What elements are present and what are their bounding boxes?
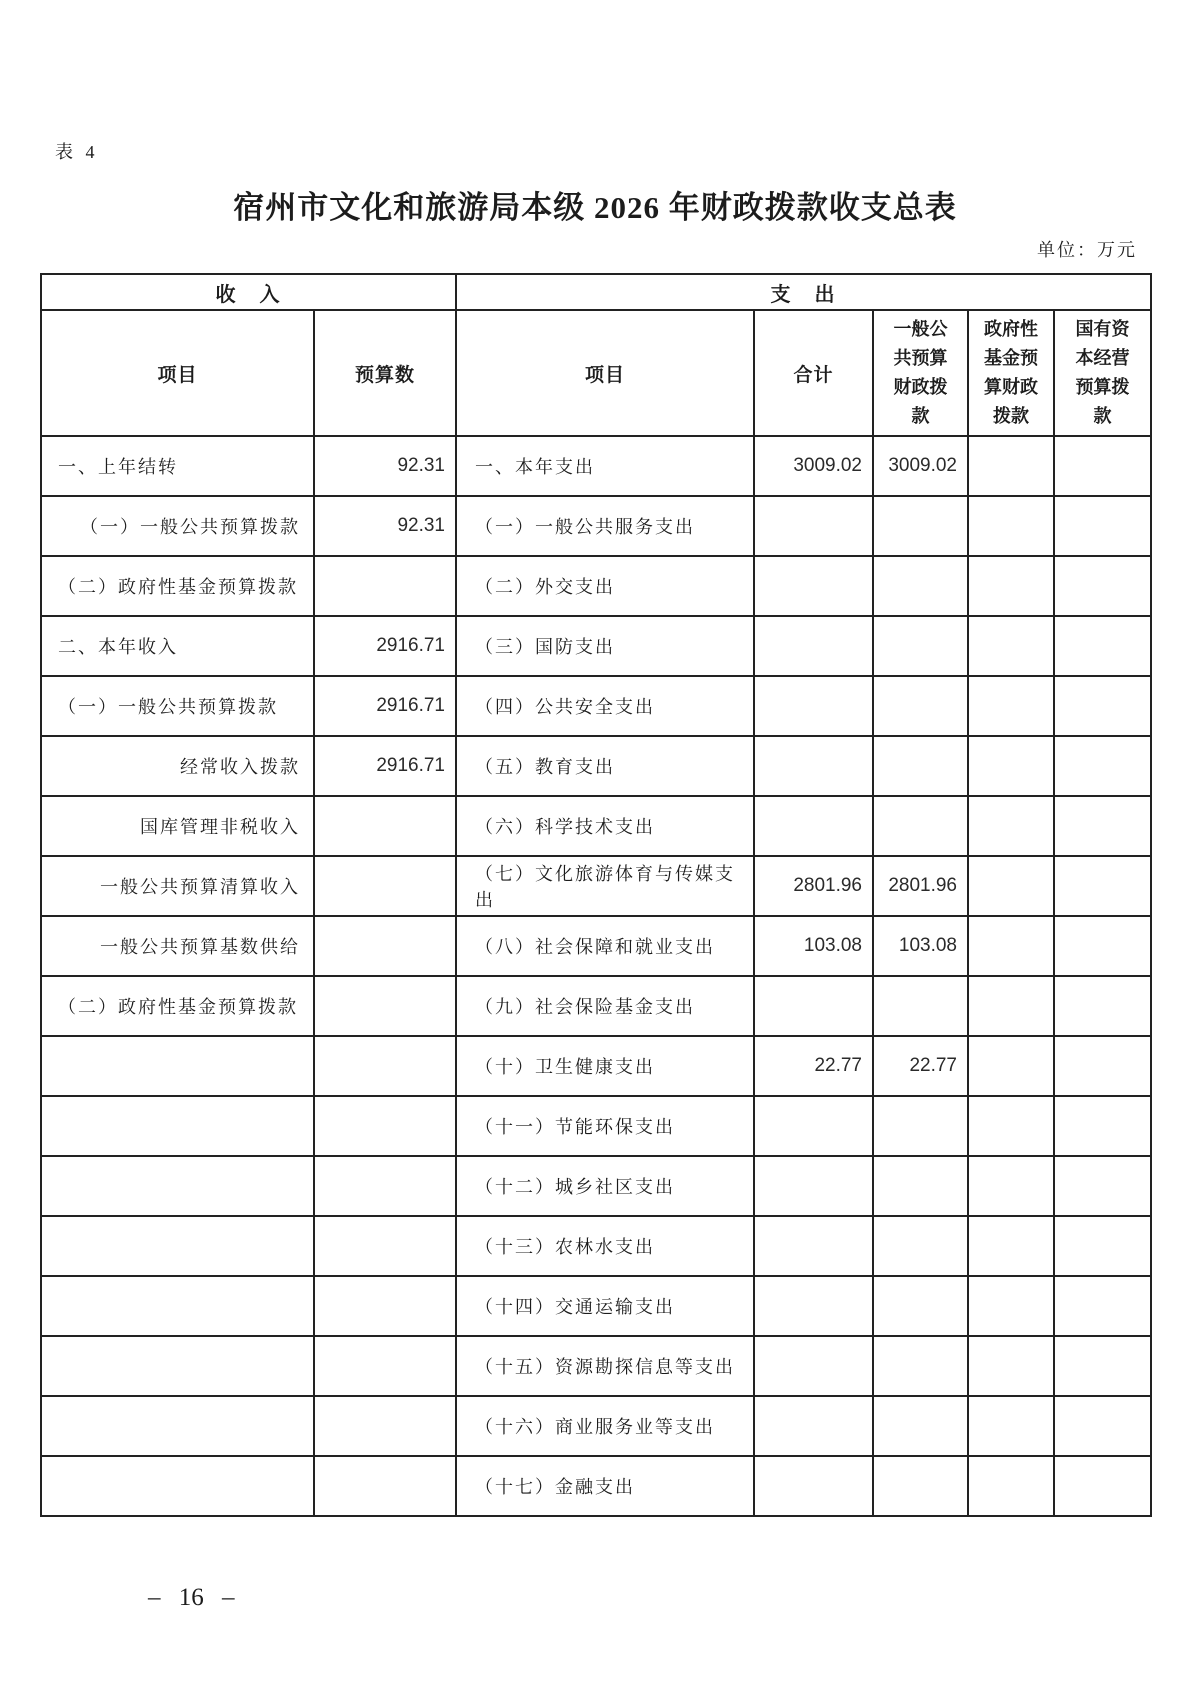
expense-govfund-cell: [968, 736, 1054, 796]
expense-govfund-cell: [968, 436, 1054, 496]
income-item-cell: （二）政府性基金预算拨款: [41, 556, 314, 616]
table-row: （十）卫生健康支出 22.77 22.77: [41, 1036, 1151, 1096]
expense-govfund-header: 政府性 基金预 算财政 拨款: [968, 310, 1054, 436]
budget-table: 收 入 支 出 项目 预算数 项目 合计 一般公 共预算 财政拨 款 政府性 基…: [40, 273, 1152, 1517]
expense-state-capital-cell: [1054, 1036, 1151, 1096]
income-budget-cell: 2916.71: [314, 736, 456, 796]
expense-item-cell: （一）一般公共服务支出: [456, 496, 754, 556]
expense-general-budget-cell: [873, 616, 968, 676]
expense-general-budget-cell: [873, 1216, 968, 1276]
expense-item-cell: （六）科学技术支出: [456, 796, 754, 856]
table-head: 收 入 支 出 项目 预算数 项目 合计 一般公 共预算 财政拨 款 政府性 基…: [41, 274, 1151, 436]
expense-item-cell: （八）社会保障和就业支出: [456, 916, 754, 976]
expense-item-cell: （二）外交支出: [456, 556, 754, 616]
expense-total-cell: 2801.96: [754, 856, 873, 916]
income-budget-cell: [314, 1396, 456, 1456]
income-item-cell: [41, 1216, 314, 1276]
expense-general-budget-cell: [873, 556, 968, 616]
expense-state-capital-cell: [1054, 796, 1151, 856]
expense-total-cell: [754, 1096, 873, 1156]
expense-state-capital-cell: [1054, 1276, 1151, 1336]
table-row: （十四）交通运输支出: [41, 1276, 1151, 1336]
income-item-cell: 二、本年收入: [41, 616, 314, 676]
document-page: 表 4 宿州市文化和旅游局本级 2026 年财政拨款收支总表 单位：万元 收 入…: [0, 0, 1190, 1683]
income-item-cell: [41, 1456, 314, 1516]
income-budget-cell: [314, 1216, 456, 1276]
expense-govfund-cell: [968, 1276, 1054, 1336]
income-item-cell: 一般公共预算清算收入: [41, 856, 314, 916]
income-budget-cell: [314, 1156, 456, 1216]
expense-state-capital-cell: [1054, 856, 1151, 916]
income-item-cell: 经常收入拨款: [41, 736, 314, 796]
income-budget-cell: [314, 556, 456, 616]
table-row: （一）一般公共预算拨款 2916.71 （四）公共安全支出: [41, 676, 1151, 736]
expense-total-cell: 3009.02: [754, 436, 873, 496]
table-row: （十六）商业服务业等支出: [41, 1396, 1151, 1456]
income-budget-cell: [314, 1096, 456, 1156]
income-item-cell: 国库管理非税收入: [41, 796, 314, 856]
expense-total-cell: [754, 1216, 873, 1276]
income-budget-cell: [314, 1456, 456, 1516]
expense-item-cell: （十六）商业服务业等支出: [456, 1396, 754, 1456]
table-row: 一、上年结转 92.31 一、本年支出 3009.02 3009.02: [41, 436, 1151, 496]
expense-total-cell: [754, 1456, 873, 1516]
expense-general-budget-cell: 103.08: [873, 916, 968, 976]
expense-total-cell: [754, 976, 873, 1036]
income-budget-cell: [314, 1276, 456, 1336]
expense-govfund-cell: [968, 496, 1054, 556]
expense-state-capital-cell: [1054, 436, 1151, 496]
expense-general-budget-cell: 2801.96: [873, 856, 968, 916]
table-row: （一）一般公共预算拨款 92.31 （一）一般公共服务支出: [41, 496, 1151, 556]
income-budget-cell: [314, 1336, 456, 1396]
expense-section-header: 支 出: [456, 274, 1151, 310]
expense-state-capital-cell: [1054, 1456, 1151, 1516]
expense-general-budget-cell: [873, 1396, 968, 1456]
income-item-cell: （一）一般公共预算拨款: [41, 676, 314, 736]
table-row: 一般公共预算清算收入 （七）文化旅游体育与传媒支出 2801.96 2801.9…: [41, 856, 1151, 916]
expense-total-cell: [754, 556, 873, 616]
expense-state-capital-cell: [1054, 1396, 1151, 1456]
expense-state-capital-cell: [1054, 976, 1151, 1036]
expense-item-cell: （十二）城乡社区支出: [456, 1156, 754, 1216]
income-budget-cell: [314, 1036, 456, 1096]
expense-item-cell: （四）公共安全支出: [456, 676, 754, 736]
expense-general-budget-cell: [873, 736, 968, 796]
table-row: （二）政府性基金预算拨款 （二）外交支出: [41, 556, 1151, 616]
expense-state-capital-cell: [1054, 1096, 1151, 1156]
income-item-cell: [41, 1096, 314, 1156]
expense-total-cell: [754, 676, 873, 736]
section-header-row: 收 入 支 出: [41, 274, 1151, 310]
expense-general-budget-header: 一般公 共预算 财政拨 款: [873, 310, 968, 436]
expense-general-budget-cell: [873, 796, 968, 856]
table-row: 一般公共预算基数供给 （八）社会保障和就业支出 103.08 103.08: [41, 916, 1151, 976]
expense-total-cell: [754, 496, 873, 556]
expense-general-budget-cell: [873, 496, 968, 556]
expense-govfund-cell: [968, 1336, 1054, 1396]
table-row: （二）政府性基金预算拨款 （九）社会保险基金支出: [41, 976, 1151, 1036]
income-item-cell: 一、上年结转: [41, 436, 314, 496]
income-item-cell: [41, 1156, 314, 1216]
expense-general-budget-cell: [873, 976, 968, 1036]
expense-govfund-cell: [968, 1156, 1054, 1216]
expense-item-cell: （十三）农林水支出: [456, 1216, 754, 1276]
table-body: 一、上年结转 92.31 一、本年支出 3009.02 3009.02 （一）一…: [41, 436, 1151, 1516]
table-row: 经常收入拨款 2916.71 （五）教育支出: [41, 736, 1151, 796]
income-item-cell: [41, 1336, 314, 1396]
income-budget-cell: 2916.71: [314, 676, 456, 736]
expense-general-budget-cell: [873, 1096, 968, 1156]
expense-item-header: 项目: [456, 310, 754, 436]
expense-general-budget-cell: [873, 1456, 968, 1516]
table-row: （十一）节能环保支出: [41, 1096, 1151, 1156]
unit-note: 单位：万元: [1037, 236, 1137, 262]
expense-item-cell: （十一）节能环保支出: [456, 1096, 754, 1156]
expense-state-capital-cell: [1054, 1216, 1151, 1276]
expense-item-cell: （十）卫生健康支出: [456, 1036, 754, 1096]
expense-general-budget-cell: [873, 1156, 968, 1216]
expense-govfund-cell: [968, 1396, 1054, 1456]
expense-govfund-cell: [968, 796, 1054, 856]
expense-item-cell: （十四）交通运输支出: [456, 1276, 754, 1336]
income-budget-header: 预算数: [314, 310, 456, 436]
expense-govfund-cell: [968, 856, 1054, 916]
expense-state-capital-cell: [1054, 556, 1151, 616]
expense-state-capital-cell: [1054, 1156, 1151, 1216]
expense-state-capital-cell: [1054, 496, 1151, 556]
income-budget-cell: 92.31: [314, 496, 456, 556]
income-budget-cell: [314, 856, 456, 916]
expense-total-cell: [754, 616, 873, 676]
expense-govfund-cell: [968, 676, 1054, 736]
expense-state-capital-cell: [1054, 616, 1151, 676]
income-budget-cell: [314, 796, 456, 856]
income-item-cell: [41, 1276, 314, 1336]
income-budget-cell: [314, 916, 456, 976]
expense-item-cell: （九）社会保险基金支出: [456, 976, 754, 1036]
income-budget-cell: 2916.71: [314, 616, 456, 676]
expense-state-capital-cell: [1054, 736, 1151, 796]
expense-total-cell: 22.77: [754, 1036, 873, 1096]
expense-total-cell: 103.08: [754, 916, 873, 976]
table-label: 表 4: [55, 138, 99, 164]
expense-govfund-cell: [968, 916, 1054, 976]
expense-govfund-cell: [968, 616, 1054, 676]
expense-govfund-cell: [968, 1216, 1054, 1276]
expense-govfund-cell: [968, 556, 1054, 616]
expense-item-cell: （五）教育支出: [456, 736, 754, 796]
expense-total-cell: [754, 1276, 873, 1336]
income-item-cell: （二）政府性基金预算拨款: [41, 976, 314, 1036]
document-title: 宿州市文化和旅游局本级 2026 年财政拨款收支总表: [40, 182, 1150, 227]
expense-item-cell: （十五）资源勘探信息等支出: [456, 1336, 754, 1396]
table-row: 二、本年收入 2916.71 （三）国防支出: [41, 616, 1151, 676]
expense-total-cell: [754, 736, 873, 796]
expense-item-cell: 一、本年支出: [456, 436, 754, 496]
expense-general-budget-cell: 3009.02: [873, 436, 968, 496]
expense-state-capital-cell: [1054, 676, 1151, 736]
table-row: （十二）城乡社区支出: [41, 1156, 1151, 1216]
expense-general-budget-cell: 22.77: [873, 1036, 968, 1096]
page-number: – 16 –: [148, 1584, 235, 1612]
expense-item-cell: （七）文化旅游体育与传媒支出: [456, 856, 754, 916]
table-row: （十七）金融支出: [41, 1456, 1151, 1516]
income-section-header: 收 入: [41, 274, 456, 310]
expense-total-cell: [754, 1396, 873, 1456]
table-row: 国库管理非税收入 （六）科学技术支出: [41, 796, 1151, 856]
expense-govfund-cell: [968, 1096, 1054, 1156]
expense-total-cell: [754, 1156, 873, 1216]
expense-general-budget-cell: [873, 1336, 968, 1396]
expense-govfund-cell: [968, 1036, 1054, 1096]
income-budget-cell: 92.31: [314, 436, 456, 496]
column-header-row: 项目 预算数 项目 合计 一般公 共预算 财政拨 款 政府性 基金预 算财政 拨…: [41, 310, 1151, 436]
expense-general-budget-cell: [873, 676, 968, 736]
expense-govfund-cell: [968, 976, 1054, 1036]
expense-item-cell: （三）国防支出: [456, 616, 754, 676]
expense-general-budget-cell: [873, 1276, 968, 1336]
income-budget-cell: [314, 976, 456, 1036]
income-item-cell: [41, 1396, 314, 1456]
income-item-cell: （一）一般公共预算拨款: [41, 496, 314, 556]
table-row: （十五）资源勘探信息等支出: [41, 1336, 1151, 1396]
income-item-cell: 一般公共预算基数供给: [41, 916, 314, 976]
expense-state-capital-cell: [1054, 916, 1151, 976]
expense-item-cell: （十七）金融支出: [456, 1456, 754, 1516]
expense-state-capital-cell: [1054, 1336, 1151, 1396]
expense-state-capital-header: 国有资 本经营 预算拨 款: [1054, 310, 1151, 436]
income-item-header: 项目: [41, 310, 314, 436]
expense-total-cell: [754, 1336, 873, 1396]
income-item-cell: [41, 1036, 314, 1096]
table-row: （十三）农林水支出: [41, 1216, 1151, 1276]
expense-govfund-cell: [968, 1456, 1054, 1516]
expense-total-header: 合计: [754, 310, 873, 436]
expense-total-cell: [754, 796, 873, 856]
